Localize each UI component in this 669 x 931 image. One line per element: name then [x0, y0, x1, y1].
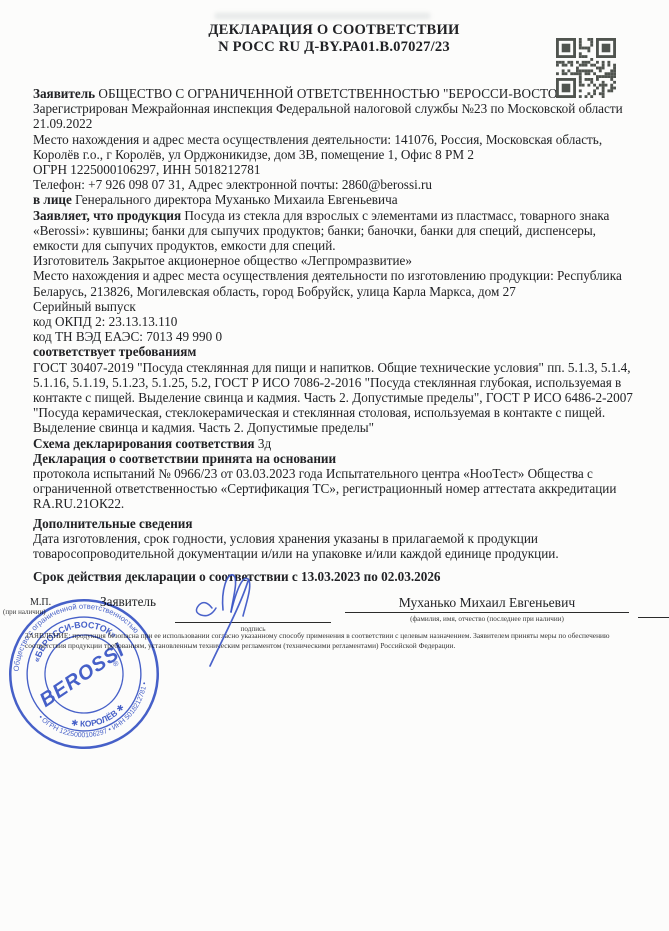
scheme-value: 3д — [258, 436, 271, 451]
product-label: Заявляет, что продукция — [33, 208, 181, 223]
okpd-code: код ОКПД 2: 23.13.13.110 — [33, 314, 635, 329]
stamp-place-note2: (при наличии) — [3, 608, 46, 616]
scan-artifact — [215, 13, 430, 19]
signature-caption: подпись — [175, 625, 331, 633]
basis-label: Декларация о соответствии принята на осн… — [33, 451, 635, 466]
tnved-code: код ТН ВЭД ЕАЭС: 7013 49 990 0 — [33, 329, 635, 344]
qr-code — [556, 38, 616, 98]
applicant-person-line: в лице Генерального директора Муханько М… — [33, 192, 635, 207]
stamp-outer-top-text: Общество с ограниченной ответственностью — [5, 595, 142, 675]
title-line1: ДЕКЛАРАЦИЯ О СООТВЕТСТВИИ — [208, 22, 459, 38]
title-line2: N РОСС RU Д-BY.РА01.В.07027/23 — [218, 39, 450, 55]
manufacturer-address: Место нахождения и адрес места осуществл… — [33, 268, 635, 298]
applicant-label: Заявитель — [33, 86, 95, 101]
stamp-brand-text: BEROSSI — [36, 639, 129, 712]
applicant-contacts: Телефон: +7 926 098 07 31, Адрес электро… — [33, 177, 635, 192]
validity-line: Срок действия декларации о соответствии … — [33, 569, 635, 584]
requirements-label: соответствует требованиям — [33, 344, 635, 359]
stamp-outer-bottom-text: • ОГРН 1225000106297 • ИНН 5018212781 • — [36, 679, 161, 753]
person-name: Генерального директора Муханько Михаила … — [75, 192, 397, 207]
applicant-ogrn-inn: ОГРН 1225000106297, ИНН 5018212781 — [33, 162, 635, 177]
stamp-center-group: BEROSSI ® — [36, 639, 130, 714]
product-line: Заявляет, что продукция Посуда из стекла… — [33, 208, 635, 254]
declaration-document: ДЕКЛАРАЦИЯ О СООТВЕТСТВИИ N РОСС RU Д-BY… — [0, 0, 669, 931]
stamp-inner-bottom-text: ✱ КОРОЛЁВ ✱ — [68, 701, 129, 736]
stamp-reg-symbol: ® — [111, 658, 121, 669]
name-caption: (фамилия, имя, отчество (последнее при н… — [345, 615, 629, 623]
applicant-name: ОБЩЕСТВО С ОГРАНИЧЕННОЙ ОТВЕТСТВЕННОСТЬЮ… — [98, 86, 571, 101]
document-content: ДЕКЛАРАЦИЯ О СООТВЕТСТВИИ N РОСС RU Д-BY… — [33, 22, 635, 585]
basis-text: протокола испытаний № 0966/23 от 03.03.2… — [33, 466, 635, 512]
scheme-label: Схема декларирования соответствия — [33, 436, 255, 451]
applicant-line: Заявитель ОБЩЕСТВО С ОГРАНИЧЕННОЙ ОТВЕТС… — [33, 86, 635, 101]
company-stamp: Общество с ограниченной ответственностью… — [5, 595, 163, 753]
name-line-continuation — [638, 617, 669, 618]
person-label: в лице — [33, 192, 72, 207]
issue-type: Серийный выпуск — [33, 299, 635, 314]
applicant-registration: Зарегистрирован Межрайонная инспекция Фе… — [33, 101, 635, 131]
signature-line — [175, 622, 331, 623]
stamp-place-note: М.П. — [30, 597, 51, 608]
scheme-line: Схема декларирования соответствия 3д — [33, 436, 635, 451]
signatory-name: Муханько Михаил Евгеньевич — [345, 595, 629, 611]
requirements-standards: ГОСТ 30407-2019 "Посуда стеклянная для п… — [33, 360, 635, 436]
stamp-inner-top-text: «БЕРОССИ-ВОСТОК» — [24, 608, 121, 666]
applicant-address: Место нахождения и адрес места осуществл… — [33, 132, 635, 162]
additional-label: Дополнительные сведения — [33, 516, 635, 531]
signature-applicant-label: Заявитель — [100, 594, 156, 610]
fine-print-statement: ЗАЯВЛЕНИЕ: продукция безопасна при ее ис… — [25, 631, 639, 650]
document-title: ДЕКЛАРАЦИЯ О СООТВЕТСТВИИ N РОСС RU Д-BY… — [73, 22, 595, 56]
name-line — [345, 612, 629, 613]
manufacturer-line: Изготовитель Закрытое акционерное общест… — [33, 253, 635, 268]
additional-text: Дата изготовления, срок годности, услови… — [33, 531, 635, 561]
